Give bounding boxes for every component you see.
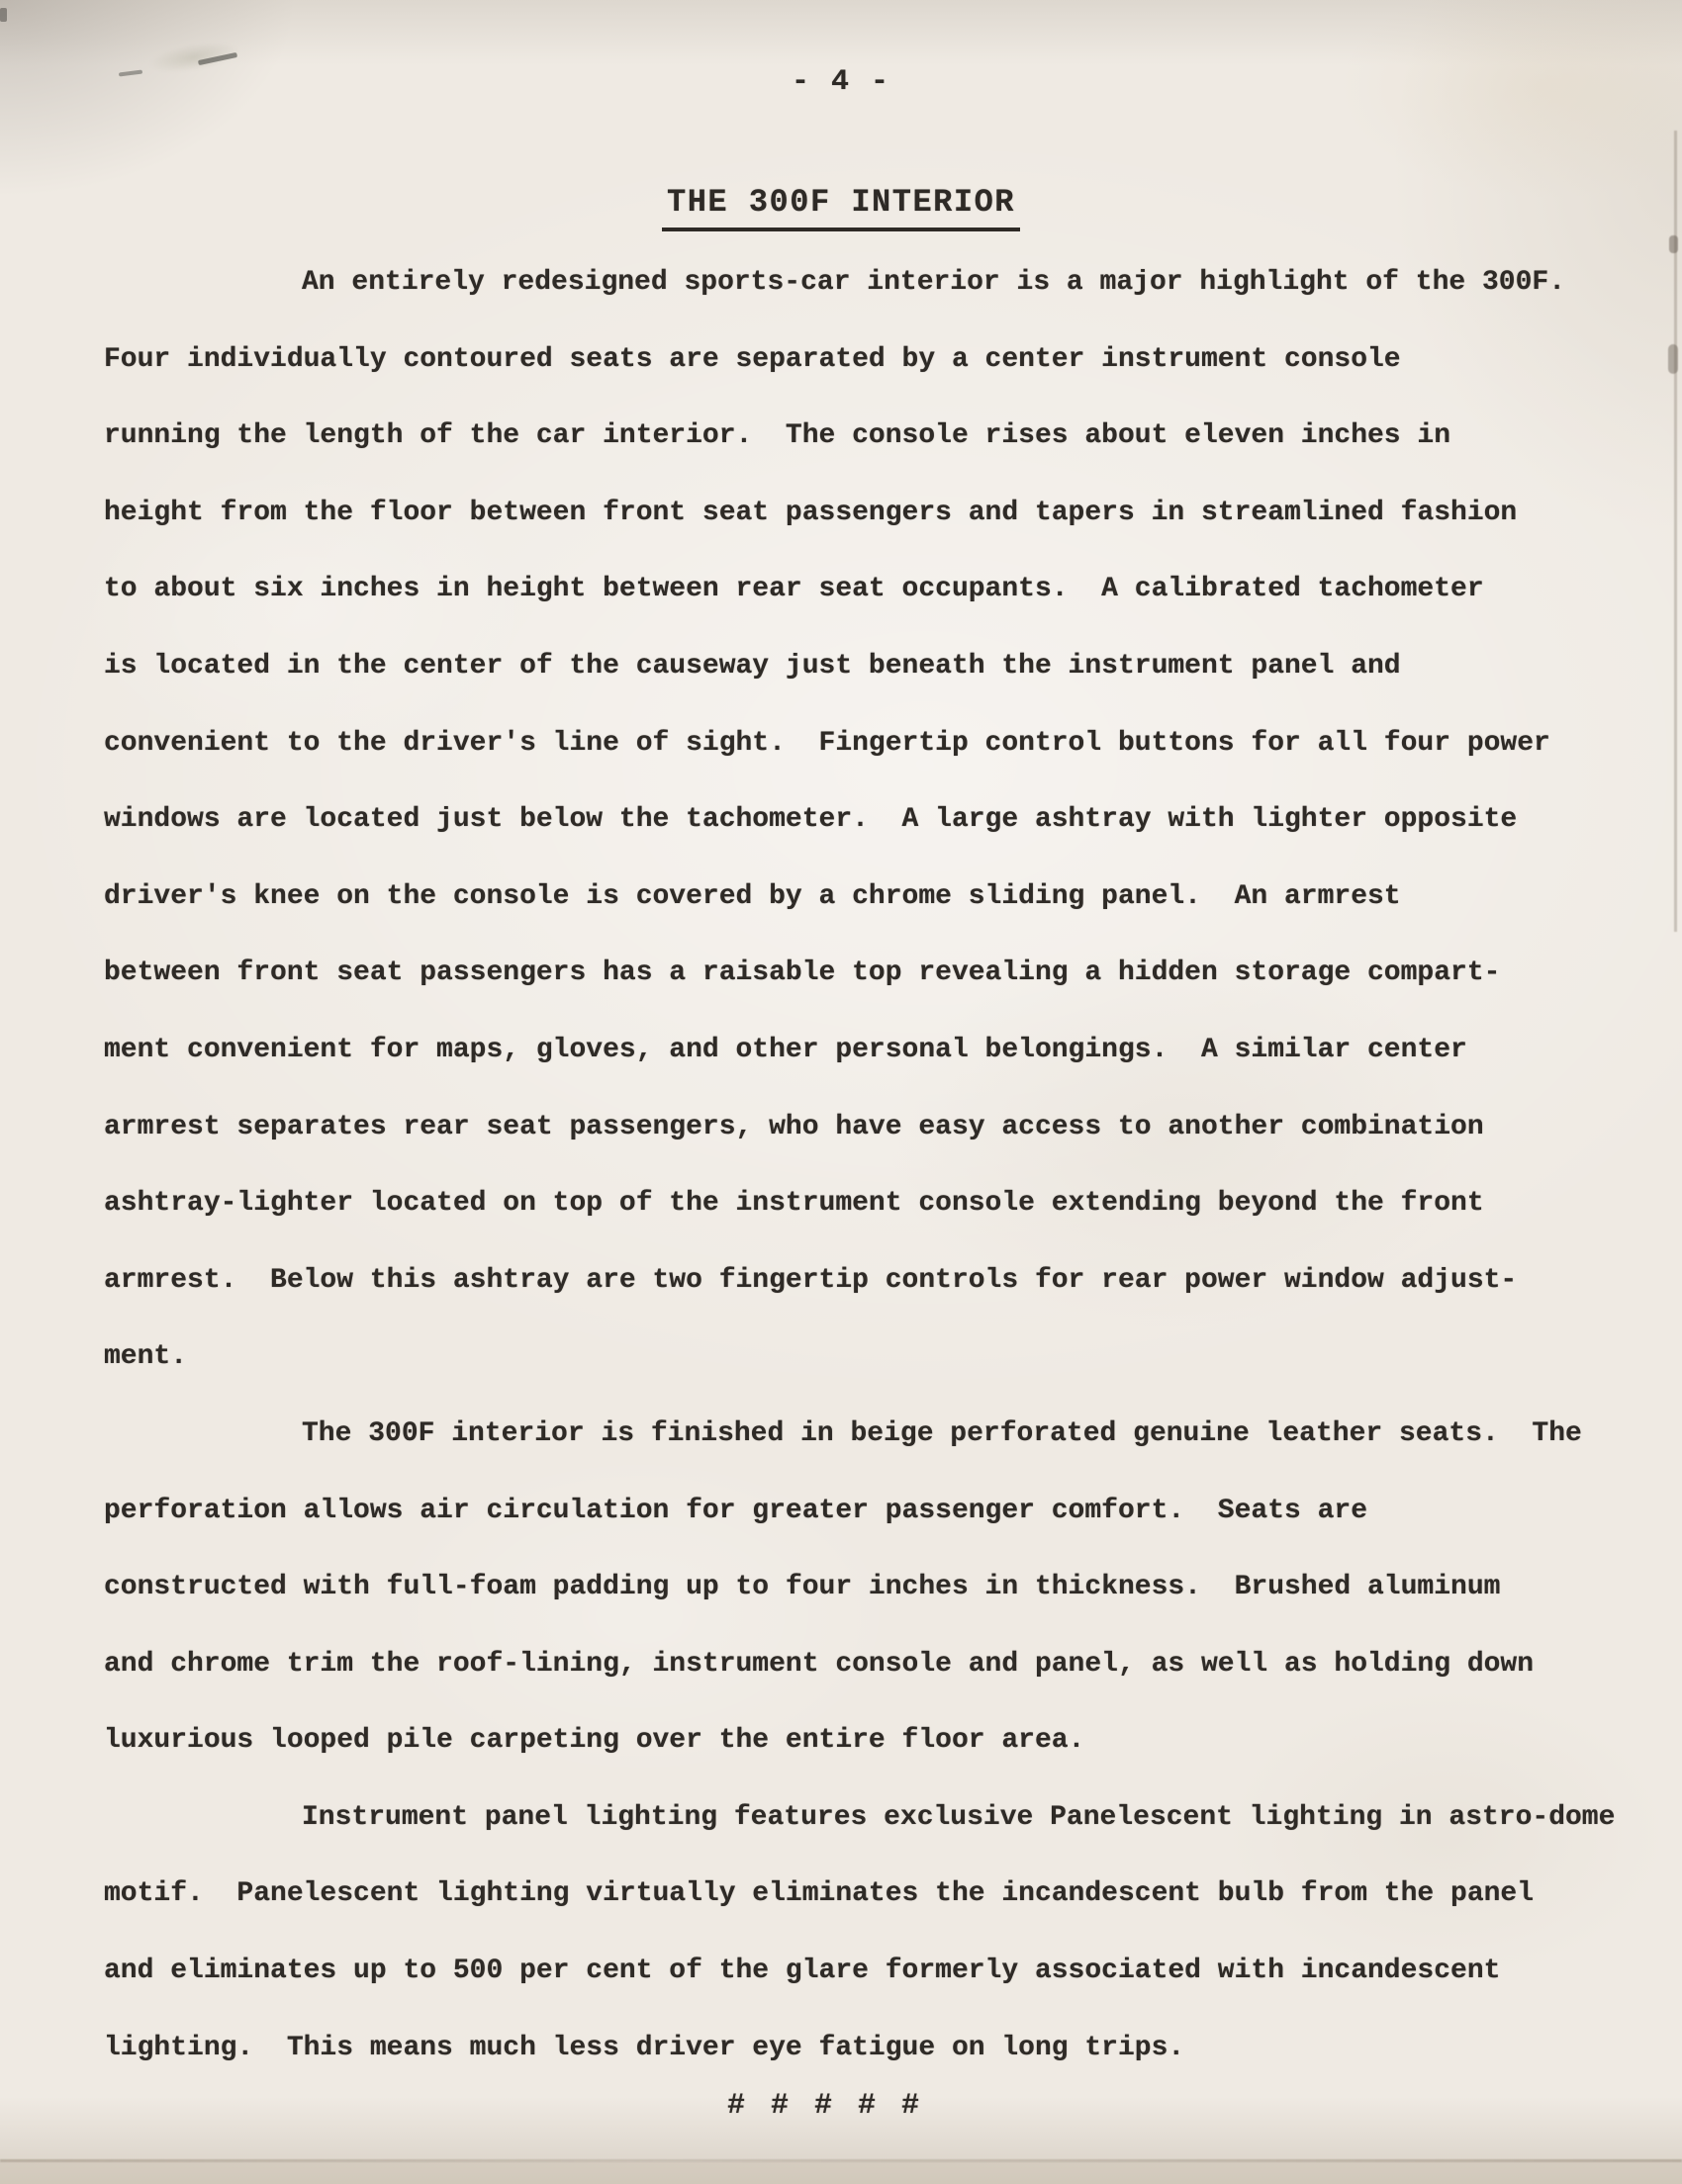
paper-crease-mark (1669, 235, 1678, 253)
text-line: constructed with full-foam padding up to… (104, 1549, 1608, 1626)
text-line: Four individually contoured seats are se… (104, 321, 1608, 399)
text-line: perforation allows air circulation for g… (104, 1473, 1608, 1550)
text-line: armrest. Below this ashtray are two fing… (104, 1242, 1608, 1319)
text-line: An entirely redesigned sports-car interi… (104, 244, 1608, 321)
page-number: - 4 - (0, 65, 1682, 99)
text-line: running the length of the car interior. … (104, 398, 1608, 475)
text-line: height from the floor between front seat… (104, 475, 1608, 552)
paper-bottom-shadow (0, 2162, 1682, 2184)
text-line: luxurious looped pile carpeting over the… (104, 1702, 1608, 1779)
scan-edge-mark (0, 8, 7, 22)
text-line: to about six inches in height between re… (104, 551, 1608, 628)
text-line: Instrument panel lighting features exclu… (104, 1779, 1608, 1857)
text-line: driver's knee on the console is covered … (104, 859, 1608, 936)
text-line: and eliminates up to 500 per cent of the… (104, 1933, 1608, 2010)
text-line: convenient to the driver's line of sight… (104, 705, 1608, 782)
text-line: motif. Panelescent lighting virtually el… (104, 1856, 1608, 1933)
text-line: lighting. This means much less driver ey… (104, 2010, 1608, 2087)
scanned-document-page: - 4 - THE 300F INTERIOR An entirely rede… (0, 0, 1682, 2184)
paper-fold-line (0, 2159, 1682, 2162)
text-line: windows are located just below the tacho… (104, 781, 1608, 859)
text-line: armrest separates rear seat passengers, … (104, 1089, 1608, 1166)
document-title: THE 300F INTERIOR (662, 184, 1020, 231)
text-line: and chrome trim the roof-lining, instrum… (104, 1626, 1608, 1703)
paper-crease-right (1674, 131, 1677, 932)
pencil-mark (198, 52, 237, 65)
text-line: The 300F interior is finished in beige p… (104, 1396, 1608, 1473)
text-line: between front seat passengers has a rais… (104, 935, 1608, 1012)
document-body: An entirely redesigned sports-car interi… (104, 244, 1608, 2086)
end-of-release-marks: # # # # # (0, 2089, 1666, 2123)
text-line: ment. (104, 1319, 1608, 1396)
text-line: is located in the center of the causeway… (104, 628, 1608, 705)
text-line: ment convenient for maps, gloves, and ot… (104, 1012, 1608, 1089)
paper-crease-mark (1668, 344, 1678, 374)
text-line: ashtray-lighter located on top of the in… (104, 1165, 1608, 1242)
